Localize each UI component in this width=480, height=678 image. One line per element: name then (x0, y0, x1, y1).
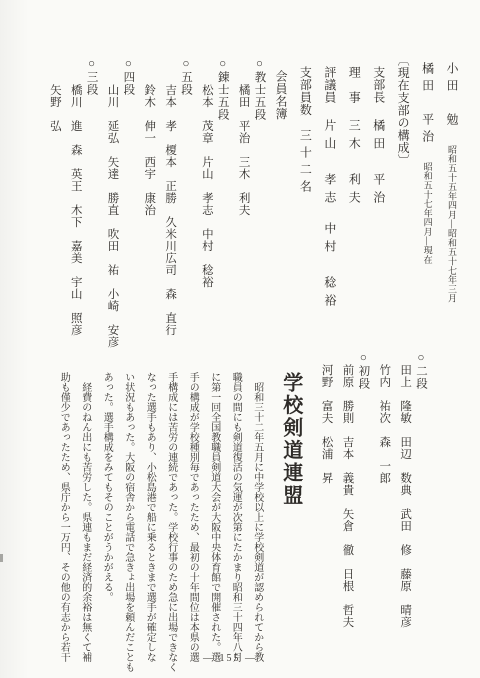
article-text-column: 昭和三十二年五月に中学校以上に学校剣道が認められてから教 (252, 348, 263, 670)
rank-name-column: 吉本 孝 榎本 正勝 久米川広司 森 直行 (163, 54, 176, 362)
article-text-column: 職員の間にも剣道復活の気運が次第にたかまり昭和三十四年八月 (230, 348, 241, 670)
officer-name: 片山 孝志 (323, 119, 337, 209)
scanned-document-page: 小田 勉昭和五十五年四月―昭和五十七年三月 橘田 平治昭和五十七年四月―現在 〔… (0, 0, 480, 678)
rank-name-column: 橘田 平治 三木 利夫 (237, 54, 250, 362)
term-period: 昭和五十五年四月―昭和五十七年三月 (447, 145, 457, 303)
term-period: 昭和五十七年四月―現在 (423, 162, 433, 264)
article-text-column: 手の構成が学校種別毎であったため、最初の十年間位は本県の選 (187, 348, 198, 670)
rank-name-column: 矢野 弘 (48, 54, 61, 362)
officer-column-director: 理 事三木 利夫 (347, 54, 360, 362)
rank-name-column: 橋川 進 森 英王 木下 嘉美 宇山 照彦 (69, 54, 82, 362)
article-title: 学校剣道連盟 (279, 348, 302, 670)
rank-label-kyoshi-5dan: ○教士五段 (253, 54, 266, 362)
rank-name-column: 鈴木 伸一 西宇 康治 (142, 54, 155, 362)
officer-title: 支部長 (372, 66, 386, 104)
officer-name: 橘田 平治 (421, 62, 435, 147)
member-count-label: 支部員数 (298, 66, 312, 116)
structure-heading: 〔現在支部の構成〕 (396, 54, 409, 362)
article-text-column: あった。選手構成をみてもそのことがうかがえる。 (101, 348, 112, 670)
rank-name-column: 河野 富夫 松浦 昇 (320, 348, 333, 670)
rank-name-column: 竹内 祐次 森 一郎 (377, 348, 390, 670)
scan-artifact (0, 554, 3, 562)
rank-name-column: 前原 勝則 吉本 義貴 矢倉 徹 日根 哲夫 (341, 348, 354, 670)
officer-column-councilors: 評議員片山 孝志中村 稔裕 (322, 54, 335, 362)
member-count-value: 三十二名 (298, 129, 312, 197)
article-text-column: い状況もあった。大阪の宿舎から電話で急きょ出場を頼んだことも (123, 348, 134, 670)
article-text-column: なった選手もあり、小松島港で船に乗るときまで選手が確定しな (144, 348, 155, 670)
rank-name-column: 山川 延弘 矢達 勝直 吹田 祐 小崎 安彦 (106, 54, 119, 362)
rank-label-2dan: ○二段 (414, 348, 427, 670)
term-column: 小田 勉昭和五十五年四月―昭和五十七年三月 (445, 54, 458, 362)
roster-heading: 会員名簿 (274, 54, 287, 362)
officer-title: 理 事 (347, 66, 361, 104)
rank-name-column: 松本 茂章 片山 孝志 中村 稔裕 (200, 54, 213, 362)
article-text-column: 助も僅少であったため、県庁から一万円、その他の有志から若干 (58, 348, 69, 670)
article-text-column: 経費のねん出にも苦労した。県連もまだ経済的余裕は無くて補 (80, 348, 91, 670)
article-text-column: に第一回全国教職員剣道大会が大阪中央体育館で開催された。選 (209, 348, 220, 670)
officer-title: 評議員 (323, 66, 337, 104)
officer-name: 三木 利夫 (347, 119, 361, 209)
article-text-column: 手構成には苦労の連続であった。学校行事のため急に出場できなく (166, 348, 177, 670)
rank-label-4dan: ○四段 (122, 54, 135, 362)
rank-label-1dan: ○初段 (357, 348, 370, 670)
page-number: — 155 — (0, 653, 460, 664)
member-count-column: 支部員数三十二名 (298, 54, 311, 362)
rank-label-5dan: ○五段 (179, 54, 192, 362)
officer-name: 橘田 平治 (372, 119, 386, 209)
officer-name: 小田 勉 (445, 62, 459, 130)
officer-column-branch-chief: 支部長橘田 平治 (371, 54, 384, 362)
roster-continued-and-article-section: ○二段 田上 隆敏 田辺 数典 武田 修 藤原 晴彦 竹内 祐次 森 一郎 ○初… (48, 348, 427, 670)
term-column: 橘田 平治昭和五十七年四月―現在 (420, 54, 433, 362)
rank-name-column: 田上 隆敏 田辺 数典 武田 修 藤原 晴彦 (398, 348, 411, 670)
officer-name: 中村 稔裕 (323, 222, 337, 312)
rank-label-renshi-5dan: ○錬士五段 (216, 54, 229, 362)
rank-label-3dan: ○三段 (85, 54, 98, 362)
history-and-roster-section: 小田 勉昭和五十五年四月―昭和五十七年三月 橘田 平治昭和五十七年四月―現在 〔… (40, 54, 458, 362)
